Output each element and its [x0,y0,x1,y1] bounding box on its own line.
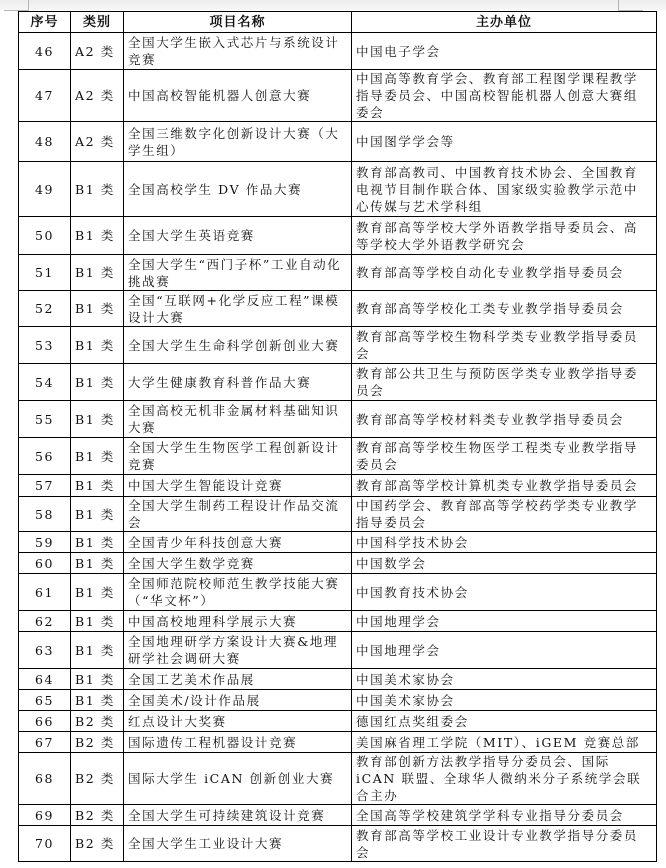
cell-no: 66 [19,711,71,732]
cell-no: 46 [19,33,71,70]
table-row: 61B1 类全国师范院校师范生教学技能大赛（“华文杯”）中国教育技术协会 [19,574,657,611]
cell-name: 全国美术/设计作品展 [124,690,352,711]
cell-category: B2 类 [71,753,124,805]
cell-category: B1 类 [71,217,124,255]
cell-organizer: 教育部高等学校工业设计专业教学指导分委员会 [352,826,657,862]
cell-organizer: 教育部高等学校大学外语教学指导委员会、高等学校大学外语教学研究会 [352,217,657,255]
cell-no: 69 [19,805,71,826]
cell-organizer: 中国电子学会 [352,33,657,70]
table-row: 49B1 类全国高校学生 DV 作品大赛教育部高教司、中国教育技术协会、全国教育… [19,162,657,217]
cell-category: B1 类 [71,632,124,669]
cell-organizer: 美国麻省理工学院（MIT）、iGEM 竞赛总部 [352,732,657,753]
cell-name: 中国高校地理科学展示大赛 [124,611,352,632]
page-top-margin [0,0,666,10]
cell-organizer: 中国美术家协会 [352,690,657,711]
cell-no: 60 [19,553,71,574]
cell-no: 58 [19,497,71,532]
cell-name: 全国大学生数学竞赛 [124,553,352,574]
cell-organizer: 中国药学会、教育部高等学校药学类专业教学指导委员会 [352,497,657,532]
table-row: 65B1 类全国美术/设计作品展中国美术家协会 [19,690,657,711]
cell-organizer: 中国科学技术协会 [352,532,657,553]
cell-name: 全国大学生制药工程设计作品交流会 [124,497,352,532]
cell-no: 70 [19,826,71,862]
table-row: 66B2 类红点设计大奖赛德国红点奖组委会 [19,711,657,732]
cell-category: B2 类 [71,732,124,753]
cell-category: A2 类 [71,33,124,70]
cell-category: B1 类 [71,553,124,574]
cell-no: 68 [19,753,71,805]
table-row: 67B2 类国际遗传工程机器设计竞赛美国麻省理工学院（MIT）、iGEM 竞赛总… [19,732,657,753]
cell-organizer: 教育部高等学校材料类专业教学指导委员会 [352,401,657,438]
header-category: 类别 [71,12,124,33]
cell-category: B1 类 [71,327,124,364]
table-row: 56B1 类全国大学生生物医学工程创新设计竞赛教育部高等学校生物医学工程类专业教… [19,438,657,475]
cell-no: 49 [19,162,71,217]
cell-name: 全国大学生工业设计大赛 [124,826,352,862]
table-row: 57B1 类中国大学生智能设计竞赛教育部高等学校计算机类专业教学指导委员会 [19,475,657,497]
cell-name: 全国青少年科技创意大赛 [124,532,352,553]
cell-no: 51 [19,255,71,291]
cell-organizer: 教育部高等学校生物医学工程类专业教学指导委员会 [352,438,657,475]
cell-category: B1 类 [71,401,124,438]
cell-name: 全国三维数字化创新设计大赛（大学生组） [124,122,352,162]
header-name: 项目名称 [124,12,352,33]
header-organizer: 主办单位 [352,12,657,33]
cell-name: 全国高校学生 DV 作品大赛 [124,162,352,217]
cell-no: 50 [19,217,71,255]
table-row: 48A2 类全国三维数字化创新设计大赛（大学生组）中国图学学会等 [19,122,657,162]
cell-organizer: 教育部创新方法教学指导分委员会、国际 iCAN 联盟、全球华人微纳米分子系统学会… [352,753,657,805]
cell-no: 62 [19,611,71,632]
cell-name: 全国高校无机非金属材料基础知识大赛 [124,401,352,438]
cell-name: 中国大学生智能设计竞赛 [124,475,352,497]
cell-category: B1 类 [71,690,124,711]
cell-name: 国际遗传工程机器设计竞赛 [124,732,352,753]
cell-organizer: 全国高等学校建筑学学科专业指导分委员会 [352,805,657,826]
cell-no: 52 [19,291,71,327]
cell-organizer: 教育部高等学校生物科学类专业教学指导委员会 [352,327,657,364]
cell-organizer: 中国地理学会 [352,611,657,632]
cell-organizer: 中国地理学会 [352,632,657,669]
cell-name: 全国大学生嵌入式芯片与系统设计竞赛 [124,33,352,70]
cell-organizer: 教育部高教司、中国教育技术协会、全国教育电视节目制作联合体、国家级实验教学示范中… [352,162,657,217]
table-row: 68B2 类国际大学生 iCAN 创新创业大赛教育部创新方法教学指导分委员会、国… [19,753,657,805]
cell-no: 53 [19,327,71,364]
table-header-row: 序号 类别 项目名称 主办单位 [19,12,657,33]
cell-category: B1 类 [71,475,124,497]
cell-name: 红点设计大奖赛 [124,711,352,732]
cell-organizer: 中国数学会 [352,553,657,574]
table-row: 59B1 类全国青少年科技创意大赛中国科学技术协会 [19,532,657,553]
cell-no: 47 [19,70,71,122]
cell-no: 61 [19,574,71,611]
cell-no: 55 [19,401,71,438]
cell-organizer: 教育部高等学校化工类专业教学指导委员会 [352,291,657,327]
cell-name: 全国大学生生命科学创新创业大赛 [124,327,352,364]
table-row: 60B1 类全国大学生数学竞赛中国数学会 [19,553,657,574]
table-row: 63B1 类全国地理研学方案设计大赛&地理研学社会调研大赛中国地理学会 [19,632,657,669]
cell-category: B1 类 [71,162,124,217]
cell-no: 56 [19,438,71,475]
cell-name: 全国“互联网+化学反应工程”课模设计大赛 [124,291,352,327]
table-row: 69B2 类全国大学生可持续建筑设计竞赛全国高等学校建筑学学科专业指导分委员会 [19,805,657,826]
header-no: 序号 [19,12,71,33]
cell-category: B2 类 [71,711,124,732]
cell-name: 全国工艺美术作品展 [124,669,352,690]
table-row: 46A2 类全国大学生嵌入式芯片与系统设计竞赛中国电子学会 [19,33,657,70]
cell-no: 67 [19,732,71,753]
cell-category: B1 类 [71,574,124,611]
table-row: 70B2 类全国大学生工业设计大赛教育部高等学校工业设计专业教学指导分委员会 [19,826,657,862]
cell-organizer: 教育部高等学校计算机类专业教学指导委员会 [352,475,657,497]
cell-category: B1 类 [71,438,124,475]
cell-name: 中国高校智能机器人创意大赛 [124,70,352,122]
cell-category: B1 类 [71,255,124,291]
cell-organizer: 中国美术家协会 [352,669,657,690]
table-row: 58B1 类全国大学生制药工程设计作品交流会中国药学会、教育部高等学校药学类专业… [19,497,657,532]
table-row: 47A2 类中国高校智能机器人创意大赛中国高等教育学会、教育部工程图学课程教学指… [19,70,657,122]
cell-name: 全国大学生“西门子杯”工业自动化挑战赛 [124,255,352,291]
table-row: 55B1 类全国高校无机非金属材料基础知识大赛教育部高等学校材料类专业教学指导委… [19,401,657,438]
cell-category: B1 类 [71,611,124,632]
cell-name: 全国大学生可持续建筑设计竞赛 [124,805,352,826]
table-row: 53B1 类全国大学生生命科学创新创业大赛教育部高等学校生物科学类专业教学指导委… [19,327,657,364]
table-row: 52B1 类全国“互联网+化学反应工程”课模设计大赛教育部高等学校化工类专业教学… [19,291,657,327]
cell-name: 全国大学生英语竞赛 [124,217,352,255]
cell-organizer: 中国高等教育学会、教育部工程图学课程教学指导委员会、中国高校智能机器人创意大赛组… [352,70,657,122]
cell-category: B2 类 [71,826,124,862]
table-row: 64B1 类全国工艺美术作品展中国美术家协会 [19,669,657,690]
competition-table: 序号 类别 项目名称 主办单位 46A2 类全国大学生嵌入式芯片与系统设计竞赛中… [18,11,657,862]
cell-category: B1 类 [71,291,124,327]
cell-category: B1 类 [71,532,124,553]
cell-organizer: 德国红点奖组委会 [352,711,657,732]
cell-no: 64 [19,669,71,690]
cell-no: 63 [19,632,71,669]
crop-mark-right [618,0,643,11]
cell-organizer: 中国图学学会等 [352,122,657,162]
cell-category: B1 类 [71,364,124,401]
crop-mark-left [4,0,29,11]
cell-no: 48 [19,122,71,162]
table-row: 62B1 类中国高校地理科学展示大赛中国地理学会 [19,611,657,632]
table-row: 51B1 类全国大学生“西门子杯”工业自动化挑战赛教育部高等学校自动化专业教学指… [19,255,657,291]
table-row: 50B1 类全国大学生英语竞赛教育部高等学校大学外语教学指导委员会、高等学校大学… [19,217,657,255]
table-row: 54B1 类大学生健康教育科普作品大赛教育部公共卫生与预防医学类专业教学指导委员… [19,364,657,401]
cell-no: 57 [19,475,71,497]
cell-no: 65 [19,690,71,711]
cell-no: 54 [19,364,71,401]
cell-name: 全国大学生生物医学工程创新设计竞赛 [124,438,352,475]
cell-name: 国际大学生 iCAN 创新创业大赛 [124,753,352,805]
cell-organizer: 教育部公共卫生与预防医学类专业教学指导委员会 [352,364,657,401]
cell-organizer: 教育部高等学校自动化专业教学指导委员会 [352,255,657,291]
cell-category: B2 类 [71,805,124,826]
cell-category: A2 类 [71,122,124,162]
cell-organizer: 中国教育技术协会 [352,574,657,611]
cell-name: 全国师范院校师范生教学技能大赛（“华文杯”） [124,574,352,611]
cell-category: B1 类 [71,669,124,690]
cell-category: B1 类 [71,497,124,532]
cell-no: 59 [19,532,71,553]
cell-name: 大学生健康教育科普作品大赛 [124,364,352,401]
cell-category: A2 类 [71,70,124,122]
cell-name: 全国地理研学方案设计大赛&地理研学社会调研大赛 [124,632,352,669]
